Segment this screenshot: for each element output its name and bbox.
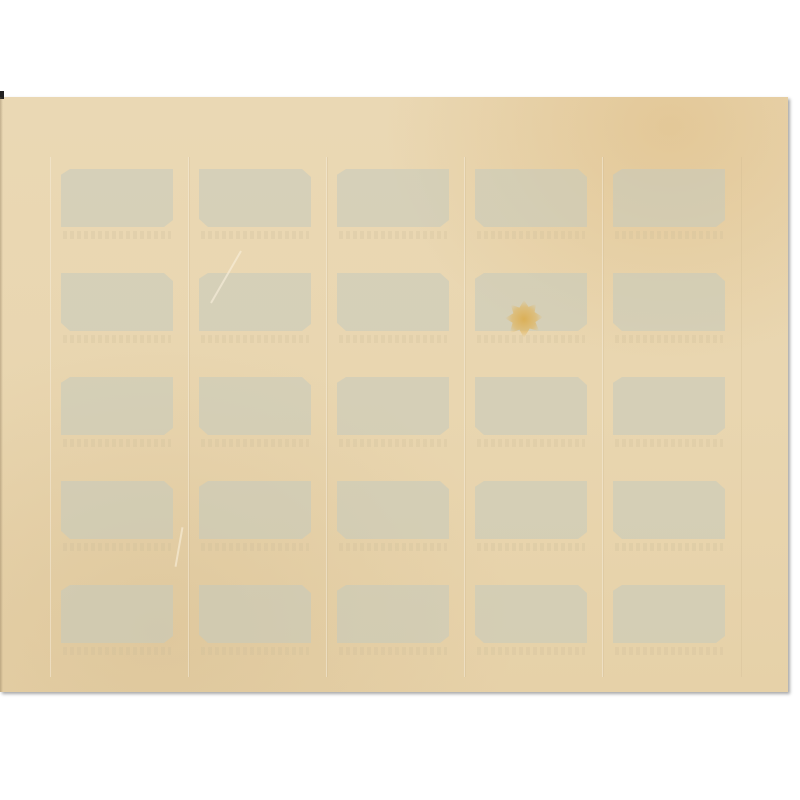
stamp-showthrough [199, 169, 311, 227]
stamp-cell [326, 469, 466, 573]
stamp-showthrough [475, 377, 587, 435]
stamp-showthrough [61, 585, 173, 643]
stamp-inscription-showthrough [63, 231, 171, 239]
stamp-inscription-showthrough [615, 439, 723, 447]
stamp-inscription-showthrough [201, 231, 309, 239]
stamp-cell [326, 573, 466, 677]
stamp-showthrough [61, 169, 173, 227]
stamp-inscription-showthrough [201, 647, 309, 655]
stamp-cell [50, 469, 190, 573]
stamp-showthrough [61, 273, 173, 331]
stamp-inscription-showthrough [201, 335, 309, 343]
stamp-cell [50, 157, 190, 261]
stamp-cell [188, 469, 328, 573]
stamp-cell [602, 365, 742, 469]
stamp-cell [188, 157, 328, 261]
stamp-sheet-back [0, 97, 788, 692]
stamp-inscription-showthrough [339, 231, 447, 239]
stamp-showthrough [61, 481, 173, 539]
stamp-showthrough [199, 273, 311, 331]
stamp-showthrough [475, 585, 587, 643]
stamp-inscription-showthrough [477, 335, 585, 343]
stamp-showthrough [337, 169, 449, 227]
stamp-showthrough [337, 273, 449, 331]
stamp-cell [50, 573, 190, 677]
stamp-cell [188, 261, 328, 365]
stamp-inscription-showthrough [477, 543, 585, 551]
stamp-showthrough [475, 481, 587, 539]
stamp-inscription-showthrough [63, 647, 171, 655]
stamp-inscription-showthrough [615, 231, 723, 239]
stamp-cell [326, 261, 466, 365]
stamp-cell [326, 365, 466, 469]
stamp-showthrough [475, 169, 587, 227]
stamp-inscription-showthrough [201, 543, 309, 551]
stamp-inscription-showthrough [477, 647, 585, 655]
stamp-showthrough [337, 585, 449, 643]
stamp-inscription-showthrough [615, 335, 723, 343]
stamp-cell [50, 261, 190, 365]
stamp-inscription-showthrough [339, 543, 447, 551]
stamp-cell [464, 469, 604, 573]
stamp-cell [188, 573, 328, 677]
stamp-showthrough [337, 377, 449, 435]
stamp-cell [602, 469, 742, 573]
stamp-inscription-showthrough [477, 231, 585, 239]
stamp-cell [50, 365, 190, 469]
stamp-inscription-showthrough [339, 335, 447, 343]
stamp-showthrough [61, 377, 173, 435]
stamp-cell [464, 573, 604, 677]
stamp-inscription-showthrough [477, 439, 585, 447]
stamp-showthrough [199, 585, 311, 643]
stamp-cell [464, 365, 604, 469]
stamp-cell [188, 365, 328, 469]
stamp-inscription-showthrough [339, 647, 447, 655]
stamp-grid [50, 157, 740, 677]
stamp-inscription-showthrough [201, 439, 309, 447]
sheet-edge-shadow [0, 97, 3, 692]
stamp-showthrough [199, 377, 311, 435]
stamp-showthrough [613, 481, 725, 539]
stamp-showthrough [613, 169, 725, 227]
stamp-cell [326, 157, 466, 261]
stamp-cell [602, 573, 742, 677]
stamp-showthrough [337, 481, 449, 539]
stamp-inscription-showthrough [615, 543, 723, 551]
stamp-cell [602, 157, 742, 261]
stamp-showthrough [199, 481, 311, 539]
stamp-inscription-showthrough [63, 335, 171, 343]
stamp-inscription-showthrough [63, 543, 171, 551]
stamp-inscription-showthrough [615, 647, 723, 655]
stamp-cell [602, 261, 742, 365]
stamp-showthrough [613, 377, 725, 435]
stamp-inscription-showthrough [339, 439, 447, 447]
stamp-showthrough [613, 273, 725, 331]
stamp-showthrough [613, 585, 725, 643]
stamp-inscription-showthrough [63, 439, 171, 447]
stamp-cell [464, 157, 604, 261]
